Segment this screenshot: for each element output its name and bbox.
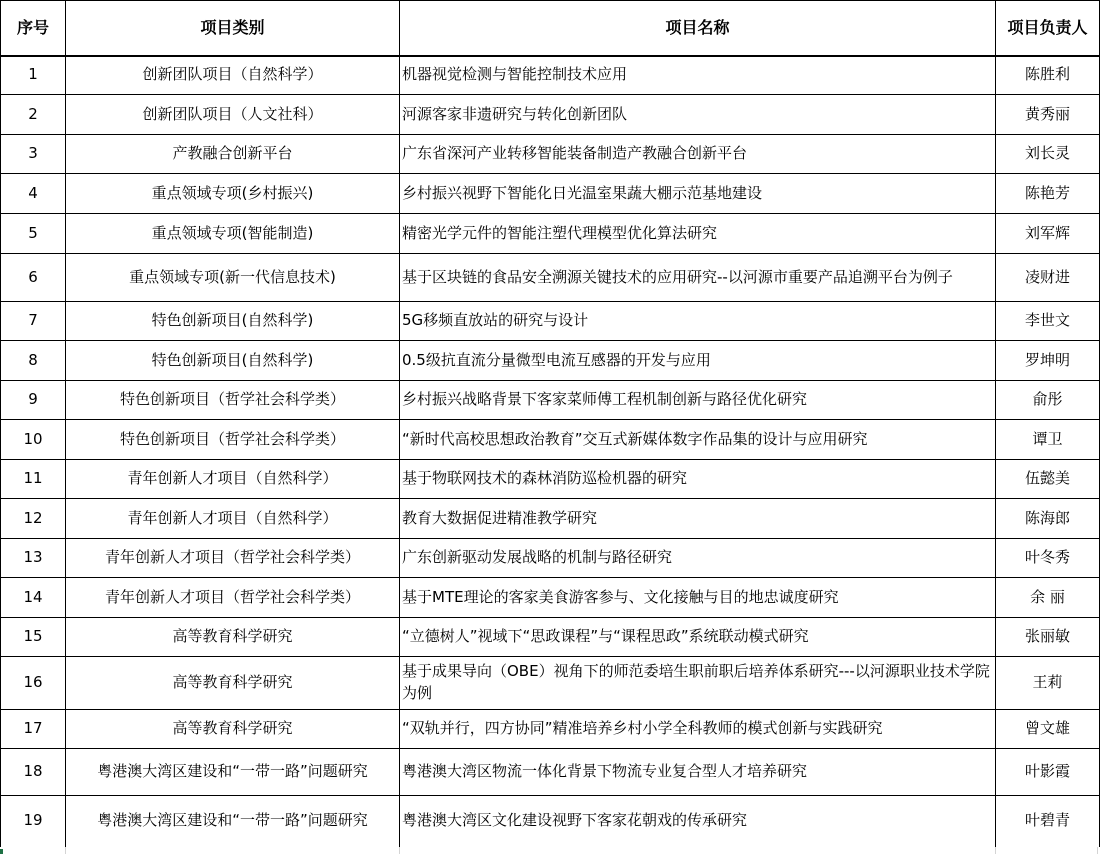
- cell-project-leader: 李世文: [996, 302, 1100, 341]
- cell-project-category: 青年创新人才项目（自然科学）: [66, 499, 400, 539]
- cell-project-category: 粤港澳大湾区建设和“一带一路”问题研究: [66, 749, 400, 796]
- cell-project-leader: 陈艳芳: [996, 174, 1100, 214]
- cell-project-leader: 叶影霞: [996, 749, 1100, 796]
- cell-project-category: 青年创新人才项目（自然科学）: [66, 460, 400, 499]
- cell-project-name: 乡村振兴战略背景下客家菜师傅工程机制创新与路径优化研究: [400, 381, 996, 420]
- table-row: 11 青年创新人才项目（自然科学） 基于物联网技术的森林消防巡检机器的研究 伍懿…: [1, 460, 1100, 499]
- cell-project-name: 基于物联网技术的森林消防巡检机器的研究: [400, 460, 996, 499]
- green-corner-mark-icon: [0, 849, 3, 854]
- cell-project-category: 创新团队项目（自然科学）: [66, 56, 400, 95]
- partial-gridline: [65, 847, 66, 854]
- cell-project-name: 粤港澳大湾区物流一体化背景下物流专业复合型人才培养研究: [400, 749, 996, 796]
- cell-project-leader: 罗坤明: [996, 341, 1100, 381]
- cell-serial-number: 18: [1, 749, 66, 796]
- cell-project-category: 高等教育科学研究: [66, 710, 400, 749]
- cell-project-category: 青年创新人才项目（哲学社会科学类）: [66, 578, 400, 618]
- cell-project-name: 乡村振兴视野下智能化日光温室果蔬大棚示范基地建设: [400, 174, 996, 214]
- cell-project-leader: 叶冬秀: [996, 539, 1100, 578]
- header-project-name: 项目名称: [400, 1, 996, 56]
- header-project-category: 项目类别: [66, 1, 400, 56]
- table-row: 10 特色创新项目（哲学社会科学类） “新时代高校思想政治教育”交互式新媒体数字…: [1, 420, 1100, 460]
- cell-serial-number: 13: [1, 539, 66, 578]
- table-row: 12 青年创新人才项目（自然科学） 教育大数据促进精准教学研究 陈海郎: [1, 499, 1100, 539]
- cell-project-category: 青年创新人才项目（哲学社会科学类）: [66, 539, 400, 578]
- cell-project-category: 特色创新项目（哲学社会科学类）: [66, 420, 400, 460]
- cell-project-category: 特色创新项目（哲学社会科学类）: [66, 381, 400, 420]
- cell-project-name: 基于MTE理论的客家美食游客参与、文化接触与目的地忠诚度研究: [400, 578, 996, 618]
- cell-project-leader: 凌财进: [996, 254, 1100, 302]
- cell-project-name: 粤港澳大湾区文化建设视野下客家花朝戏的传承研究: [400, 796, 996, 848]
- cell-project-category: 特色创新项目(自然科学): [66, 302, 400, 341]
- table-row: 3 产教融合创新平台 广东省深河产业转移智能装备制造产教融合创新平台 刘长灵: [1, 135, 1100, 174]
- cell-project-category: 高等教育科学研究: [66, 657, 400, 710]
- cell-project-category: 重点领域专项(智能制造): [66, 214, 400, 254]
- cell-serial-number: 14: [1, 578, 66, 618]
- cell-serial-number: 3: [1, 135, 66, 174]
- table-row: 8 特色创新项目(自然科学) 0.5级抗直流分量微型电流互感器的开发与应用 罗坤…: [1, 341, 1100, 381]
- cell-serial-number: 1: [1, 56, 66, 95]
- table-row: 1 创新团队项目（自然科学） 机器视觉检测与智能控制技术应用 陈胜利: [1, 56, 1100, 95]
- cell-project-category: 产教融合创新平台: [66, 135, 400, 174]
- cell-serial-number: 2: [1, 95, 66, 135]
- cell-project-name: “双轨并行，四方协同”精准培养乡村小学全科教师的模式创新与实践研究: [400, 710, 996, 749]
- table-header: 序号 项目类别 项目名称 项目负责人: [1, 1, 1100, 56]
- cell-project-leader: 刘军辉: [996, 214, 1100, 254]
- table-row: 16 高等教育科学研究 基于成果导向（OBE）视角下的师范委培生职前职后培养体系…: [1, 657, 1100, 710]
- cell-serial-number: 10: [1, 420, 66, 460]
- cell-project-leader: 叶碧青: [996, 796, 1100, 848]
- cell-project-name: 基于区块链的食品安全溯源关键技术的应用研究--以河源市重要产品追溯平台为例子: [400, 254, 996, 302]
- cell-project-leader: 伍懿美: [996, 460, 1100, 499]
- cell-project-leader: 陈胜利: [996, 56, 1100, 95]
- cell-serial-number: 12: [1, 499, 66, 539]
- header-serial-number: 序号: [1, 1, 66, 56]
- table-row: 13 青年创新人才项目（哲学社会科学类） 广东创新驱动发展战略的机制与路径研究 …: [1, 539, 1100, 578]
- cell-project-name: “立德树人”视域下“思政课程”与“课程思政”系统联动模式研究: [400, 618, 996, 657]
- partial-gridline: [399, 847, 400, 854]
- header-project-leader: 项目负责人: [996, 1, 1100, 56]
- cell-serial-number: 4: [1, 174, 66, 214]
- table-row: 15 高等教育科学研究 “立德树人”视域下“思政课程”与“课程思政”系统联动模式…: [1, 618, 1100, 657]
- cell-project-leader: 俞彤: [996, 381, 1100, 420]
- cell-serial-number: 9: [1, 381, 66, 420]
- cell-project-leader: 王莉: [996, 657, 1100, 710]
- cell-serial-number: 8: [1, 341, 66, 381]
- cell-serial-number: 19: [1, 796, 66, 848]
- cell-project-leader: 余 丽: [996, 578, 1100, 618]
- cell-project-leader: 黄秀丽: [996, 95, 1100, 135]
- table-row: 19 粤港澳大湾区建设和“一带一路”问题研究 粤港澳大湾区文化建设视野下客家花朝…: [1, 796, 1100, 848]
- cell-serial-number: 11: [1, 460, 66, 499]
- cell-project-name: 广东创新驱动发展战略的机制与路径研究: [400, 539, 996, 578]
- cell-project-name: 教育大数据促进精准教学研究: [400, 499, 996, 539]
- cell-serial-number: 17: [1, 710, 66, 749]
- cell-project-name: 基于成果导向（OBE）视角下的师范委培生职前职后培养体系研究---以河源职业技术…: [400, 657, 996, 710]
- cell-serial-number: 7: [1, 302, 66, 341]
- cell-serial-number: 6: [1, 254, 66, 302]
- table-row: 9 特色创新项目（哲学社会科学类） 乡村振兴战略背景下客家菜师傅工程机制创新与路…: [1, 381, 1100, 420]
- cell-project-name: 机器视觉检测与智能控制技术应用: [400, 56, 996, 95]
- projects-table: 序号 项目类别 项目名称 项目负责人 1 创新团队项目（自然科学） 机器视觉检测…: [0, 0, 1100, 849]
- cell-project-category: 重点领域专项(新一代信息技术): [66, 254, 400, 302]
- cell-serial-number: 16: [1, 657, 66, 710]
- cell-project-leader: 曾文雄: [996, 710, 1100, 749]
- partial-gridline: [995, 847, 996, 854]
- cell-project-name: 精密光学元件的智能注塑代理模型优化算法研究: [400, 214, 996, 254]
- cell-project-name: 河源客家非遗研究与转化创新团队: [400, 95, 996, 135]
- partial-gridline: [1097, 847, 1098, 854]
- cell-serial-number: 15: [1, 618, 66, 657]
- cell-project-leader: 谭卫: [996, 420, 1100, 460]
- cell-project-category: 粤港澳大湾区建设和“一带一路”问题研究: [66, 796, 400, 848]
- partial-next-row: [0, 847, 1104, 854]
- cell-serial-number: 5: [1, 214, 66, 254]
- table-body: 1 创新团队项目（自然科学） 机器视觉检测与智能控制技术应用 陈胜利 2 创新团…: [1, 56, 1100, 848]
- header-row: 序号 项目类别 项目名称 项目负责人: [1, 1, 1100, 56]
- cell-project-category: 特色创新项目(自然科学): [66, 341, 400, 381]
- cell-project-leader: 刘长灵: [996, 135, 1100, 174]
- cell-project-category: 重点领域专项(乡村振兴): [66, 174, 400, 214]
- cell-project-category: 创新团队项目（人文社科）: [66, 95, 400, 135]
- cell-project-name: “新时代高校思想政治教育”交互式新媒体数字作品集的设计与应用研究: [400, 420, 996, 460]
- table-row: 4 重点领域专项(乡村振兴) 乡村振兴视野下智能化日光温室果蔬大棚示范基地建设 …: [1, 174, 1100, 214]
- table-row: 7 特色创新项目(自然科学) 5G移频直放站的研究与设计 李世文: [1, 302, 1100, 341]
- table-row: 18 粤港澳大湾区建设和“一带一路”问题研究 粤港澳大湾区物流一体化背景下物流专…: [1, 749, 1100, 796]
- cell-project-leader: 张丽敏: [996, 618, 1100, 657]
- table-row: 17 高等教育科学研究 “双轨并行，四方协同”精准培养乡村小学全科教师的模式创新…: [1, 710, 1100, 749]
- cell-project-name: 广东省深河产业转移智能装备制造产教融合创新平台: [400, 135, 996, 174]
- table-row: 5 重点领域专项(智能制造) 精密光学元件的智能注塑代理模型优化算法研究 刘军辉: [1, 214, 1100, 254]
- cell-project-name: 5G移频直放站的研究与设计: [400, 302, 996, 341]
- cell-project-category: 高等教育科学研究: [66, 618, 400, 657]
- table-row: 14 青年创新人才项目（哲学社会科学类） 基于MTE理论的客家美食游客参与、文化…: [1, 578, 1100, 618]
- table-row: 2 创新团队项目（人文社科） 河源客家非遗研究与转化创新团队 黄秀丽: [1, 95, 1100, 135]
- cell-project-name: 0.5级抗直流分量微型电流互感器的开发与应用: [400, 341, 996, 381]
- table-row: 6 重点领域专项(新一代信息技术) 基于区块链的食品安全溯源关键技术的应用研究-…: [1, 254, 1100, 302]
- cell-project-leader: 陈海郎: [996, 499, 1100, 539]
